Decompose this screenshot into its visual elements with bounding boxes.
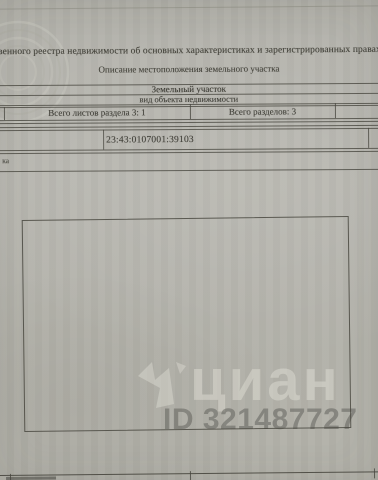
document-photo: ственного реестра недвижимости об основн… — [0, 0, 378, 480]
bottom-table-edge — [0, 0, 378, 480]
table-border-line — [374, 468, 375, 478]
table-border-line — [190, 471, 191, 480]
table-border-line — [10, 474, 11, 480]
table-border-line — [6, 476, 56, 479]
